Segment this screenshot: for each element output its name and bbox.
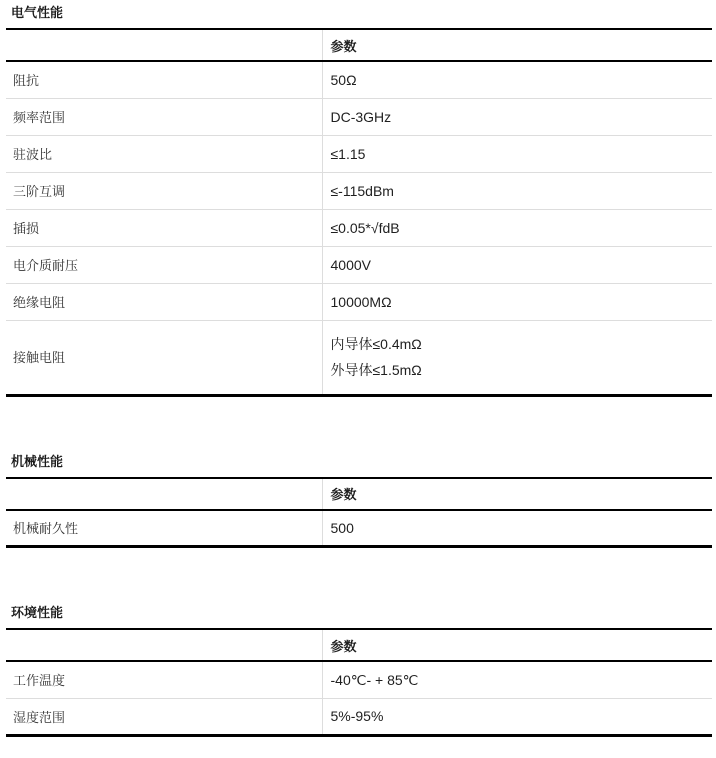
table-body: 工作温度 -40℃- + 85℃ 湿度范围 5%-95% <box>6 661 712 735</box>
header-empty-cell <box>6 29 322 61</box>
row-label: 阻抗 <box>6 61 322 98</box>
row-value: 50Ω <box>322 61 712 98</box>
row-label: 三阶互调 <box>6 172 322 209</box>
spec-section: 电气性能 参数 阻抗 50Ω 频率范围 DC-3GHz 驻波比 ≤1.15 三阶… <box>0 5 716 397</box>
spec-table: 参数 阻抗 50Ω 频率范围 DC-3GHz 驻波比 ≤1.15 三阶互调 ≤-… <box>6 28 712 397</box>
table-row: 频率范围 DC-3GHz <box>6 98 712 135</box>
row-value: ≤0.05*√fdB <box>322 209 712 246</box>
row-value: -40℃- + 85℃ <box>322 661 712 698</box>
row-label: 频率范围 <box>6 98 322 135</box>
row-value: 500 <box>322 510 712 547</box>
row-value: 10000MΩ <box>322 283 712 320</box>
table-body: 阻抗 50Ω 频率范围 DC-3GHz 驻波比 ≤1.15 三阶互调 ≤-115… <box>6 61 712 395</box>
table-row: 驻波比 ≤1.15 <box>6 135 712 172</box>
table-header-row: 参数 <box>6 29 712 61</box>
table-row: 接触电阻 内导体≤0.4mΩ 外导体≤1.5mΩ <box>6 320 712 395</box>
row-value: 内导体≤0.4mΩ 外导体≤1.5mΩ <box>322 320 712 395</box>
row-label: 工作温度 <box>6 661 322 698</box>
table-row: 阻抗 50Ω <box>6 61 712 98</box>
table-body: 机械耐久性 500 <box>6 510 712 547</box>
row-label: 绝缘电阻 <box>6 283 322 320</box>
row-label: 驻波比 <box>6 135 322 172</box>
row-value: ≤1.15 <box>322 135 712 172</box>
row-value: 5%-95% <box>322 698 712 735</box>
table-header-row: 参数 <box>6 478 712 510</box>
row-value: DC-3GHz <box>322 98 712 135</box>
table-row: 机械耐久性 500 <box>6 510 712 547</box>
row-value: 4000V <box>322 246 712 283</box>
table-row: 三阶互调 ≤-115dBm <box>6 172 712 209</box>
header-param-cell: 参数 <box>322 29 712 61</box>
header-param-cell: 参数 <box>322 629 712 661</box>
row-label: 湿度范围 <box>6 698 322 735</box>
row-value: ≤-115dBm <box>322 172 712 209</box>
row-label: 接触电阻 <box>6 320 322 395</box>
spec-table: 参数 工作温度 -40℃- + 85℃ 湿度范围 5%-95% <box>6 628 712 737</box>
header-empty-cell <box>6 629 322 661</box>
table-header-row: 参数 <box>6 629 712 661</box>
table-row: 工作温度 -40℃- + 85℃ <box>6 661 712 698</box>
row-label: 电介质耐压 <box>6 246 322 283</box>
spec-section: 机械性能 参数 机械耐久性 500 <box>0 454 716 549</box>
table-row: 插损 ≤0.05*√fdB <box>6 209 712 246</box>
row-label: 插损 <box>6 209 322 246</box>
header-param-cell: 参数 <box>322 478 712 510</box>
table-row: 电介质耐压 4000V <box>6 246 712 283</box>
section-title: 机械性能 <box>11 454 716 469</box>
section-title: 电气性能 <box>11 5 716 20</box>
spec-section: 环境性能 参数 工作温度 -40℃- + 85℃ 湿度范围 5%-95% <box>0 605 716 737</box>
header-empty-cell <box>6 478 322 510</box>
row-label: 机械耐久性 <box>6 510 322 547</box>
spec-table: 参数 机械耐久性 500 <box>6 477 712 549</box>
table-row: 湿度范围 5%-95% <box>6 698 712 735</box>
table-row: 绝缘电阻 10000MΩ <box>6 283 712 320</box>
section-title: 环境性能 <box>11 605 716 620</box>
spec-document: 电气性能 参数 阻抗 50Ω 频率范围 DC-3GHz 驻波比 ≤1.15 三阶… <box>0 5 716 737</box>
